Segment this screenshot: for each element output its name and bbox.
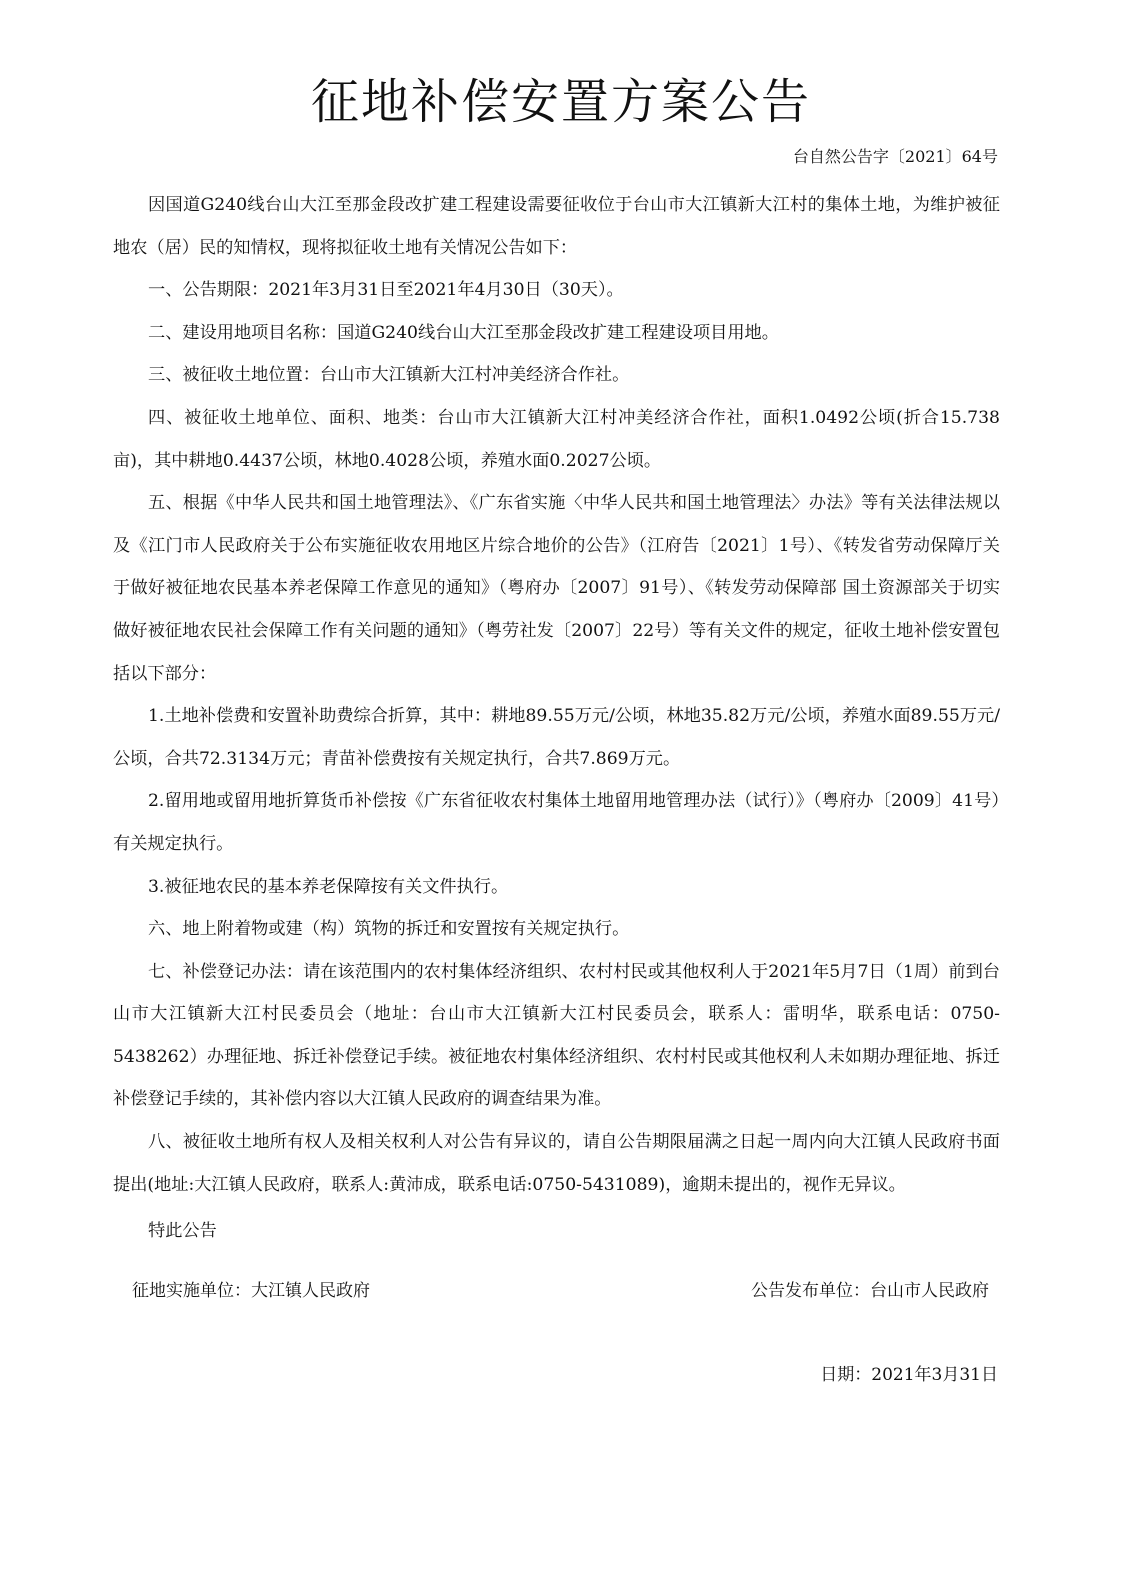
item-2-reserved-land: 2.留用地或留用地折算货币补偿按《广东省征收农村集体土地留用地管理办法（试行）》… [113,780,1000,865]
section-6-structures: 六、地上附着物或建（构）筑物的拆迁和安置按有关规定执行。 [113,908,1000,951]
document-title: 征地补偿安置方案公告 [0,72,1122,132]
intro-paragraph: 因国道G240线台山大江至那金段改扩建工程建设需要征收位于台山市大江镇新大江村的… [113,184,1000,269]
item-3-pension: 3.被征地农民的基本养老保障按有关文件执行。 [113,866,1000,909]
document-body: 因国道G240线台山大江至那金段改扩建工程建设需要征收位于台山市大江镇新大江村的… [113,184,1000,1253]
section-4-land-units: 四、被征收土地单位、面积、地类：台山市大江镇新大江村冲美经济合作社，面积1.04… [113,397,1000,482]
section-2-project-name: 二、建设用地项目名称：国道G240线台山大江至那金段改扩建工程建设项目用地。 [113,312,1000,355]
section-7-registration: 七、补偿登记办法：请在该范围内的农村集体经济组织、农村村民或其他权利人于2021… [113,951,1000,1121]
document-number: 台自然公告字〔2021〕64号 [793,146,998,168]
document-date: 日期：2021年3月31日 [820,1362,998,1388]
implementing-unit: 征地实施单位：大江镇人民政府 [132,1278,370,1304]
issuing-unit: 公告发布单位：台山市人民政府 [751,1278,989,1304]
closing-text: 特此公告 [113,1210,1000,1253]
section-8-objections: 八、被征收土地所有权人及相关权利人对公告有异议的，请自公告期限届满之日起一周内向… [113,1121,1000,1206]
section-1-period: 一、公告期限：2021年3月31日至2021年4月30日（30天）。 [113,269,1000,312]
section-3-location: 三、被征收土地位置：台山市大江镇新大江村冲美经济合作社。 [113,354,1000,397]
section-5-legal-basis: 五、根据《中华人民共和国土地管理法》、《广东省实施〈中华人民共和国土地管理法〉办… [113,482,1000,695]
item-1-compensation: 1.土地补偿费和安置补助费综合折算，其中：耕地89.55万元/公顷，林地35.8… [113,695,1000,780]
